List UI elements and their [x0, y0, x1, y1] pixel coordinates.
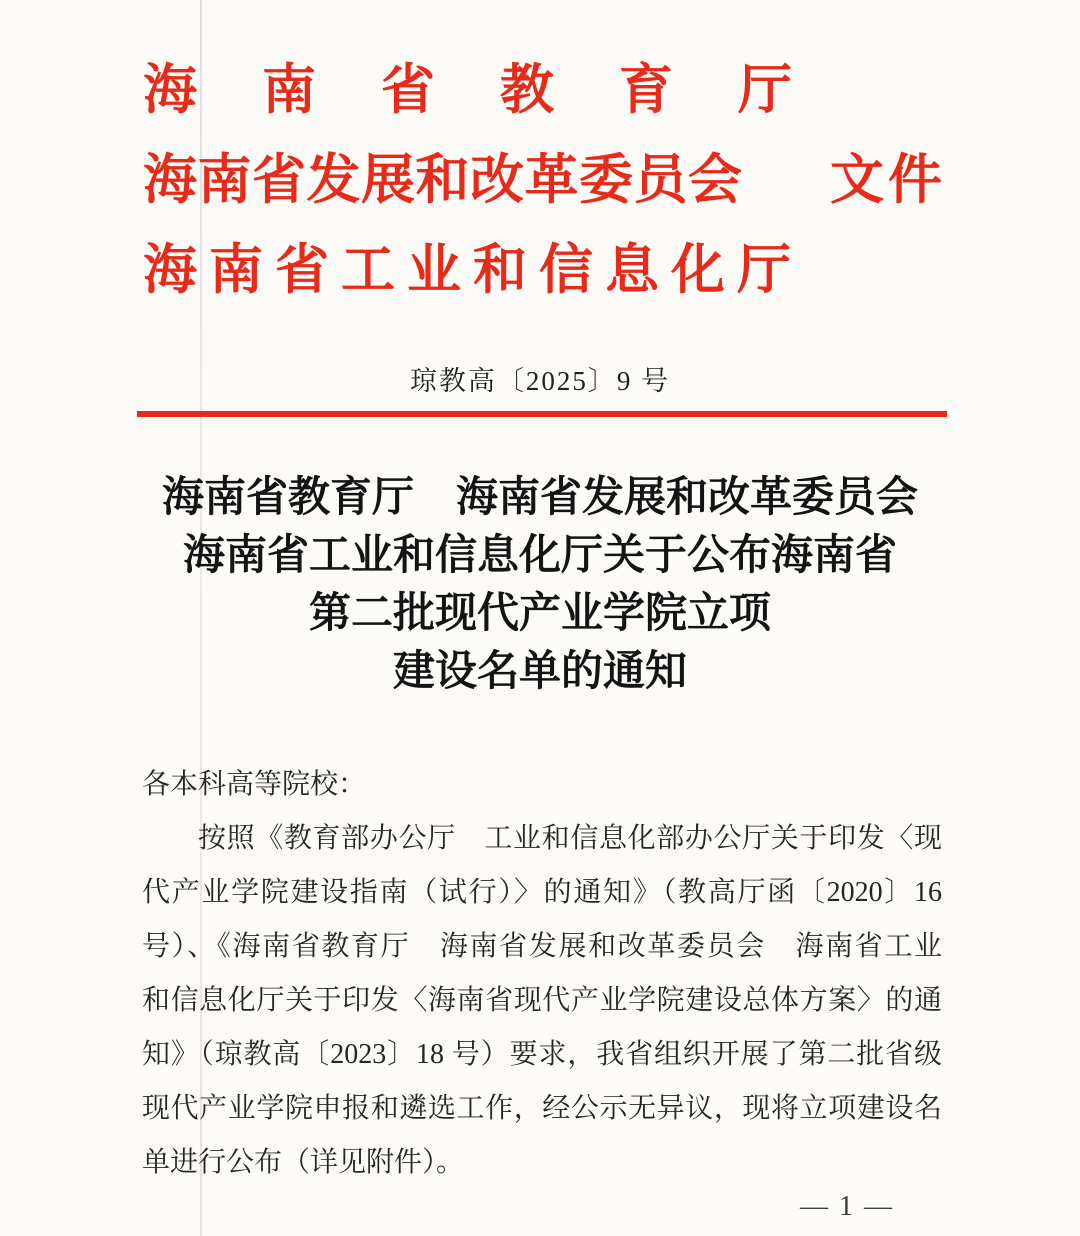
salutation: 各本科高等院校： [142, 758, 942, 812]
agency-name-line-2: 海南省发展和改革委员会文件 [143, 135, 953, 225]
document-suffix-label: 文件 [830, 135, 946, 225]
paragraph-line: 号）、《海南省教育厅 海南省发展和改革委员会 海南省工业 [142, 920, 942, 974]
document-body: 各本科高等院校： 按照《教育部办公厅 工业和信息化部办公厅关于印发〈现 代产业学… [142, 758, 942, 1190]
agency-name-line-1: 海南省教育厅 [143, 45, 953, 135]
agency-name-industry-it: 海南省工业和信息化厅 [143, 225, 793, 315]
red-letterhead: 海南省教育厅 海南省发展和改革委员会文件 海南省工业和信息化厅 [143, 45, 953, 315]
agency-name-line-3: 海南省工业和信息化厅 [143, 225, 953, 315]
page-number: — 1 — [800, 1190, 894, 1224]
paragraph-line: 按照《教育部办公厅 工业和信息化部办公厅关于印发〈现 [142, 812, 942, 866]
red-divider-rule [137, 411, 947, 417]
paragraph-line: 单进行公布（详见附件）。 [142, 1136, 942, 1190]
document-page: 海南省教育厅 海南省发展和改革委员会文件 海南省工业和信息化厅 琼教高〔2025… [0, 0, 1080, 1236]
title-line-2: 海南省工业和信息化厅关于公布海南省 [0, 527, 1080, 585]
title-line-1: 海南省教育厅 海南省发展和改革委员会 [0, 469, 1080, 527]
paragraph-line: 代产业学院建设指南（试行）〉的通知》（教高厅函〔2020〕16 [142, 866, 942, 920]
document-title: 海南省教育厅 海南省发展和改革委员会 海南省工业和信息化厅关于公布海南省 第二批… [0, 469, 1080, 701]
document-number: 琼教高〔2025〕9 号 [0, 362, 1080, 400]
paragraph-line: 现代产业学院申报和遴选工作，经公示无异议，现将立项建设名 [142, 1082, 942, 1136]
paragraph-line: 和信息化厅关于印发〈海南省现代产业学院建设总体方案〉的通 [142, 974, 942, 1028]
title-line-3: 第二批现代产业学院立项 [0, 585, 1080, 643]
title-line-4: 建设名单的通知 [0, 643, 1080, 701]
agency-name-development-reform: 海南省发展和改革委员会 [143, 135, 793, 225]
paragraph-line: 知》（琼教高〔2023〕18 号）要求，我省组织开展了第二批省级 [142, 1028, 942, 1082]
agency-name-education: 海南省教育厅 [143, 45, 793, 135]
